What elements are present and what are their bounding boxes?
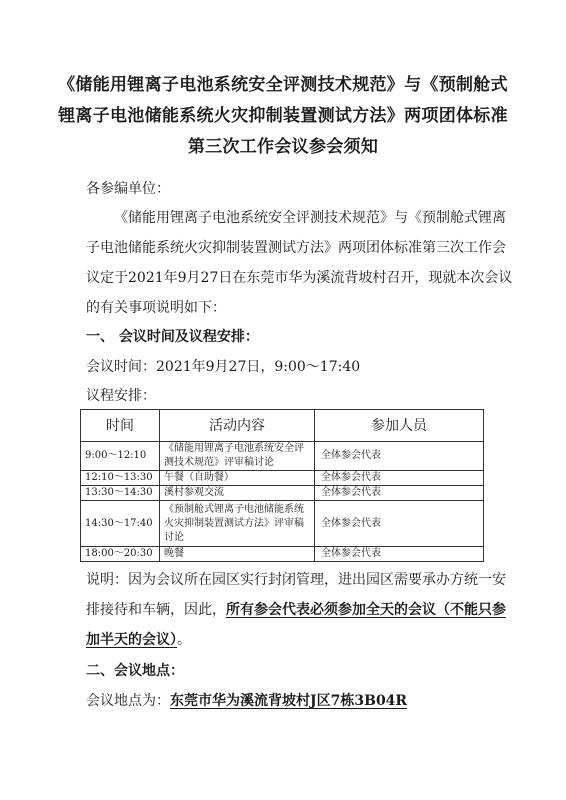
cell-activity: 《预制舱式锂离子电池储能系统火灾抑制装置测试方法》评审稿讨论 [160,501,315,547]
cell-time: 12:10～13:30 [81,471,160,486]
table-row: 9:00～12:10 《储能用锂离子电池系统安全评测技术规范》评审稿讨论 全体参… [81,442,484,471]
cell-attendees: 全体参会代表 [315,471,484,486]
table-header-row: 时间 活动内容 参加人员 [81,410,484,442]
intro-line4: 的有关事项说明如下： [86,297,226,317]
cell-attendees: 全体参会代表 [315,501,484,547]
note-line2: 排接待和车辆，因此，所有参会代表必须参加全天的会议（不能只参 [86,599,506,619]
cell-activity: 晚餐 [160,547,315,562]
location-label: 会议地点为： [86,693,170,709]
cell-activity: 溪村参观交流 [160,486,315,501]
document-title-line1: 《储能用锂离子电池系统安全评测技术规范》与《预制舱式 [0,70,566,95]
note-line2-prefix: 排接待和车辆，因此， [86,602,226,618]
intro-line3: 议定于2021年9月27日在东莞市华为溪流背坡村召开，现就本次会议 [86,267,512,287]
cell-attendees: 全体参会代表 [315,442,484,471]
agenda-label: 议程安排： [86,385,156,405]
location-line: 会议地点为：东莞市华为溪流背坡村J区7栋3B04R [86,690,407,710]
table-row: 12:10～13:30 午餐（自助餐） 全体参会代表 [81,471,484,486]
cell-activity: 《储能用锂离子电池系统安全评测技术规范》评审稿讨论 [160,442,315,471]
note-emphasis-cont: 加半天的会议） [86,632,177,648]
note-line3: 加半天的会议）。 [86,629,191,649]
salutation: 各参编单位： [86,178,170,198]
cell-attendees: 全体参会代表 [315,547,484,562]
table-row: 13:30～14:30 溪村参观交流 全体参会代表 [81,486,484,501]
document-title-line3: 第三次工作会议参会须知 [0,132,566,157]
location-value: 东莞市华为溪流背坡村J区7栋3B04R [170,693,407,709]
cell-time: 9:00～12:10 [81,442,160,471]
header-attendees: 参加人员 [315,410,484,442]
cell-time: 14:30～17:40 [81,501,160,547]
section1-heading: 一、 会议时间及议程安排： [86,326,259,346]
intro-line2: 子电池储能系统火灾抑制装置测试方法》两项团体标准第三次工作会 [86,237,506,257]
header-activity: 活动内容 [160,410,315,442]
cell-attendees: 全体参会代表 [315,486,484,501]
document-title-line2: 锂离子电池储能系统火灾抑制装置测试方法》两项团体标准 [0,101,566,126]
intro-line1: 《储能用锂离子电池系统安全评测技术规范》与《预制舱式锂离 [114,207,506,227]
cell-activity: 午餐（自助餐） [160,471,315,486]
note-line3-suffix: 。 [177,632,191,648]
note-line1: 说明：因为会议所在园区实行封闭管理，进出园区需要承办方统一安 [86,569,506,589]
meeting-time: 会议时间：2021年9月27日，9:00～17:40 [86,356,360,376]
note-emphasis: 所有参会代表必须参加全天的会议（不能只参 [226,602,506,618]
agenda-table: 时间 活动内容 参加人员 9:00～12:10 《储能用锂离子电池系统安全评测技… [80,409,484,562]
table-row: 18:00～20:30 晚餐 全体参会代表 [81,547,484,562]
section2-heading: 二、会议地点： [86,660,184,680]
cell-time: 18:00～20:30 [81,547,160,562]
cell-time: 13:30～14:30 [81,486,160,501]
table-row: 14:30～17:40 《预制舱式锂离子电池储能系统火灾抑制装置测试方法》评审稿… [81,501,484,547]
header-time: 时间 [81,410,160,442]
